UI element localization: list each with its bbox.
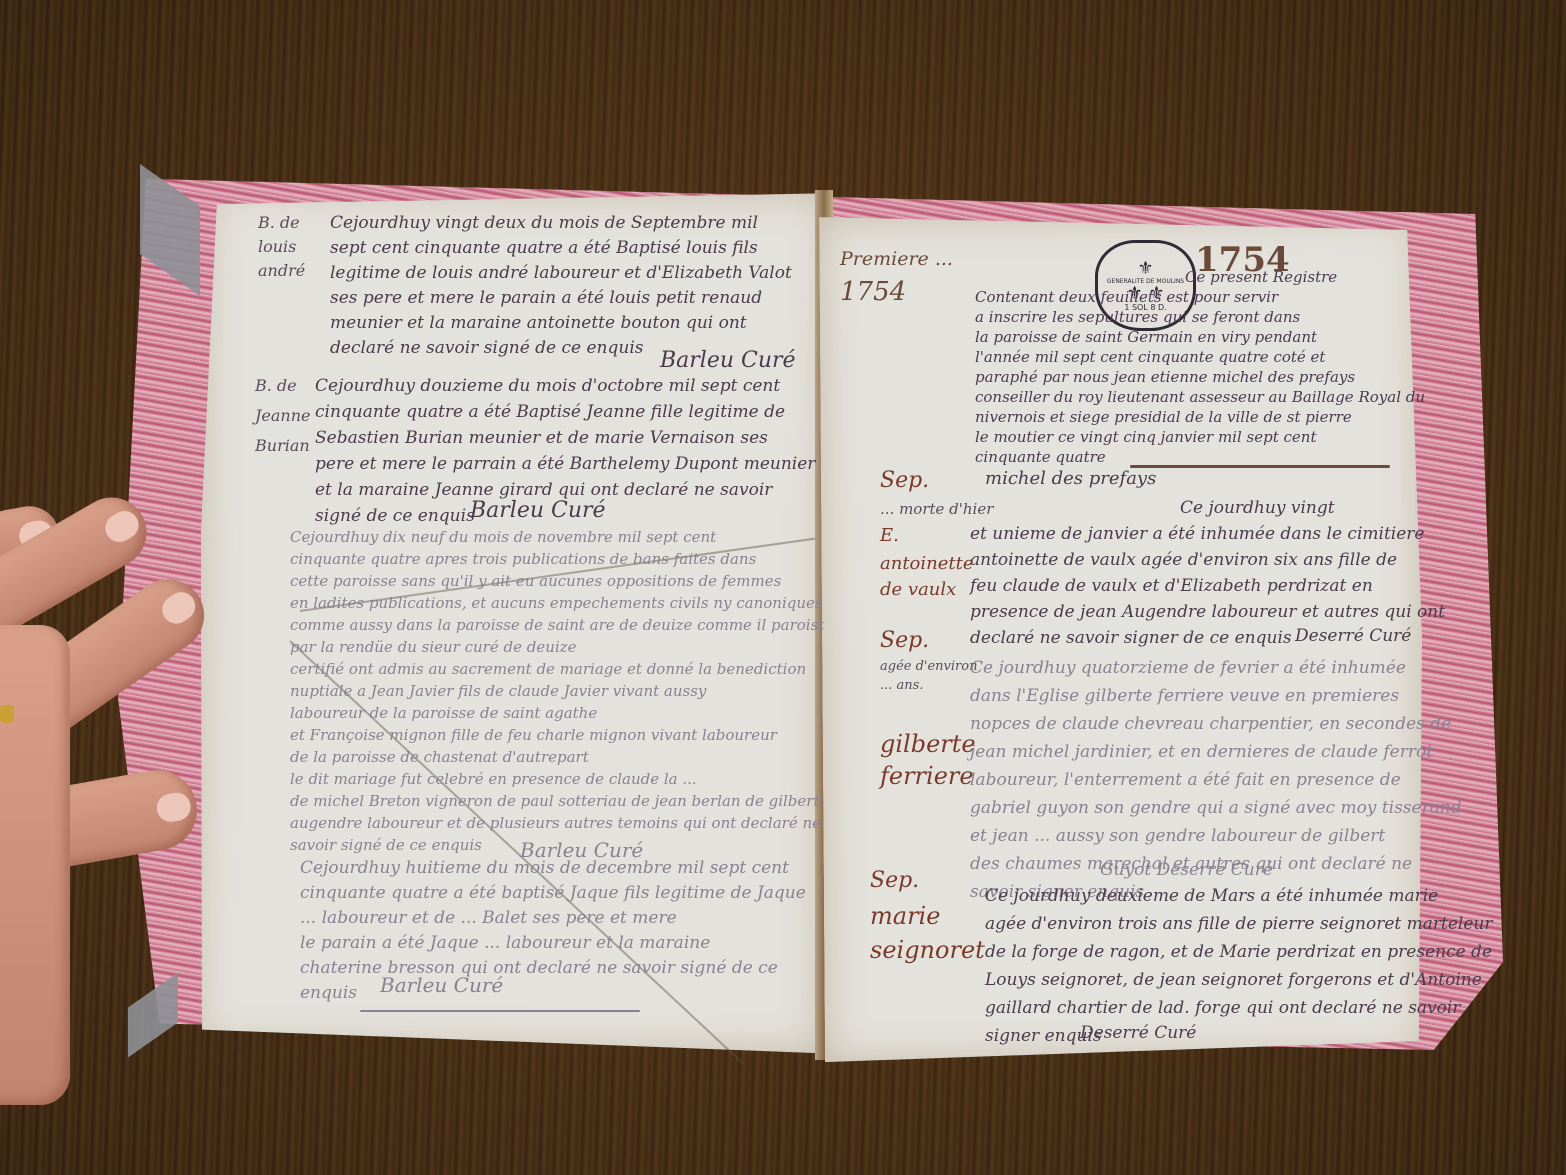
margin-line: Sep. bbox=[880, 470, 993, 492]
entry-line: Ce jourdhuy deuxieme de Mars a été inhum… bbox=[985, 888, 1493, 905]
entry-line: Cejourdhuy huitieme du mois de decembre … bbox=[300, 860, 806, 877]
entry-line: signer enquis bbox=[985, 1028, 1493, 1045]
header-line: cinquante quatre bbox=[975, 450, 1425, 465]
margin-line: gilberte bbox=[880, 732, 977, 756]
entry-line: nopces de claude chevreau charpentier, e… bbox=[970, 716, 1462, 733]
entry-line: gaillard chartier de lad. forge qui ont … bbox=[985, 1000, 1493, 1017]
header-note-premiere: Premiere ... 1754 bbox=[840, 250, 953, 305]
margin-line: ferriere bbox=[880, 764, 977, 788]
margin-line: Sep. bbox=[880, 630, 977, 652]
baptism-entry-jaque: Cejourdhuy huitieme du mois de decembre … bbox=[300, 860, 806, 1002]
entry-line: et la maraine Jeanne girard qui ont decl… bbox=[315, 482, 815, 499]
note-year: 1754 bbox=[840, 279, 953, 305]
margin-note-louis-andre: B. de louis andré bbox=[258, 215, 305, 279]
header-line: le moutier ce vingt cinq janvier mil sep… bbox=[975, 430, 1425, 445]
entry-line: comme aussy dans la paroisse de saint ar… bbox=[290, 618, 824, 633]
margin-line: marie bbox=[870, 904, 985, 928]
signature-barleu: Barleu Curé bbox=[520, 840, 643, 860]
margin-note-marie-seignoret: Sep. marie seignoret bbox=[870, 870, 985, 962]
register-header-text: Ce present Registre Contenant deux feuil… bbox=[975, 270, 1425, 465]
entry-line: Cejourdhuy dix neuf du mois de novembre … bbox=[290, 530, 824, 545]
margin-line: B. de bbox=[255, 378, 311, 394]
entry-line: feu claude de vaulx et d'Elizabeth perdr… bbox=[970, 578, 1445, 595]
burial-entry-marie-seignoret: Ce jourdhuy deuxieme de Mars a été inhum… bbox=[985, 888, 1493, 1045]
burial-entry-antoinette-de-vaulx: Ce jourdhuy vingt et unieme de janvier a… bbox=[970, 500, 1445, 647]
entry-line: Cejourdhuy douzieme du mois d'octobre mi… bbox=[315, 378, 815, 395]
marriage-entry-javier-mignon: Cejourdhuy dix neuf du mois de novembre … bbox=[290, 530, 824, 853]
entry-line: antoinette de vaulx agée d'environ six a… bbox=[970, 552, 1445, 569]
margin-line: seignoret bbox=[870, 938, 985, 962]
margin-note-gilberte: Sep. agée d'environ ... ans. gilberte fe… bbox=[880, 630, 977, 788]
fingernail bbox=[155, 791, 193, 824]
entry-line: cinquante quatre a été baptisé Jaque fil… bbox=[300, 885, 806, 902]
margin-line: agée d'environ bbox=[880, 660, 977, 673]
entry-line: Ce jourdhuy vingt bbox=[1180, 500, 1445, 517]
signature-michel-des-prefays: michel des prefays bbox=[985, 470, 1156, 488]
entry-line: dans l'Eglise gilberte ferriere veuve en… bbox=[970, 688, 1462, 705]
entry-line: gabriel guyon son gendre qui a signé ave… bbox=[970, 800, 1462, 817]
header-line: la paroisse de saint Germain en viry pen… bbox=[975, 330, 1425, 345]
signature-deserre: Deserré Curé bbox=[1080, 1025, 1196, 1042]
entry-line: de la forge de ragon, et de Marie perdri… bbox=[985, 944, 1493, 961]
entry-line: enquis bbox=[300, 985, 806, 1002]
entry-line: de michel Breton vigneron de paul sotter… bbox=[290, 794, 824, 809]
entry-line: certifié ont admis au sacrement de maria… bbox=[290, 662, 824, 677]
entry-line: et unieme de janvier a été inhumée dans … bbox=[970, 526, 1445, 543]
header-line: nivernois et siege presidial de la ville… bbox=[975, 410, 1425, 425]
note-line: Premiere ... bbox=[840, 250, 953, 269]
entry-line: sept cent cinquante quatre a été Baptisé… bbox=[330, 240, 792, 257]
header-line: Ce present Registre bbox=[1185, 270, 1425, 285]
entry-line: cinquante quatre apres trois publication… bbox=[290, 552, 824, 567]
entry-line: de la paroisse de chastenat d'autrepart bbox=[290, 750, 824, 765]
entry-line: Louys seignoret, de jean seignoret forge… bbox=[985, 972, 1493, 989]
signature-deserre: Deserré Curé bbox=[1295, 628, 1411, 645]
margin-line: ... ans. bbox=[880, 679, 977, 692]
margin-note-jeanne-burian: B. de Jeanne Burian bbox=[255, 378, 311, 454]
hand-holding-page bbox=[0, 505, 255, 1105]
entry-line: nuptiale a Jean Javier fils de claude Ja… bbox=[290, 684, 824, 699]
signature-guyot-deserre: Guyot Deserré Curé bbox=[1100, 862, 1273, 879]
entry-line: Ce jourdhuy quatorzieme de fevrier a été… bbox=[970, 660, 1462, 677]
entry-line: Cejourdhuy vingt deux du mois de Septemb… bbox=[330, 215, 792, 232]
header-underline bbox=[1130, 465, 1390, 468]
entry-line: legitime de louis andré laboureur et d'E… bbox=[330, 265, 792, 282]
header-line: conseiller du roy lieutenant assesseur a… bbox=[975, 390, 1425, 405]
entry-line: cinquante quatre a été Baptisé Jeanne fi… bbox=[315, 404, 815, 421]
fingernail bbox=[100, 506, 143, 547]
header-line: paraphé par nous jean etienne michel des… bbox=[975, 370, 1425, 385]
margin-line: B. de bbox=[258, 215, 305, 231]
entry-line: presence de jean Augendre laboureur et a… bbox=[970, 604, 1445, 621]
closing-flourish bbox=[360, 1010, 640, 1012]
entry-line: et jean ... aussy son gendre laboureur d… bbox=[970, 828, 1462, 845]
margin-line: andré bbox=[258, 263, 305, 279]
signature-barleu: Barleu Curé bbox=[470, 500, 606, 522]
baptism-entry-louis-andre: Cejourdhuy vingt deux du mois de Septemb… bbox=[330, 215, 792, 357]
entry-line: le parain a été Jaque ... laboureur et l… bbox=[300, 935, 806, 952]
entry-line: laboureur, l'enterrement a été fait en p… bbox=[970, 772, 1462, 789]
entry-line: laboureur de la paroisse de saint agathe bbox=[290, 706, 824, 721]
margin-line: Jeanne bbox=[255, 408, 311, 424]
margin-line: louis bbox=[258, 239, 305, 255]
margin-line: Sep. bbox=[870, 870, 985, 892]
header-line: a inscrire les sepultures qui se feront … bbox=[975, 310, 1425, 325]
entry-line: et Françoise mignon fille de feu charle … bbox=[290, 728, 824, 743]
palm bbox=[0, 625, 70, 1105]
entry-line: augendre laboureur et de plusieurs autre… bbox=[290, 816, 824, 831]
entry-line: Sebastien Burian meunier et de marie Ver… bbox=[315, 430, 815, 447]
signature-barleu: Barleu Curé bbox=[380, 975, 503, 995]
entry-line: le dit mariage fut celebré en presence d… bbox=[290, 772, 824, 787]
header-line: l'année mil sept cent cinquante quatre c… bbox=[975, 350, 1425, 365]
entry-line: jean michel jardinier, et en dernieres d… bbox=[970, 744, 1462, 761]
entry-line: en ladites publications, et aucuns empec… bbox=[290, 596, 824, 611]
signature-barleu: Barleu Curé bbox=[660, 350, 796, 372]
entry-line: agée d'environ trois ans fille de pierre… bbox=[985, 916, 1493, 933]
entry-line: chaterine bresson qui ont declaré ne sav… bbox=[300, 960, 806, 977]
entry-line: meunier et la maraine antoinette bouton … bbox=[330, 315, 792, 332]
margin-line: Burian bbox=[255, 438, 311, 454]
entry-line: cette paroisse sans qu'il y ait eu aucun… bbox=[290, 574, 824, 589]
entry-line: ses pere et mere le parain a été louis p… bbox=[330, 290, 792, 307]
entry-line: par la rendüe du sieur curé de deuize bbox=[290, 640, 824, 655]
entry-line: ... laboureur et de ... Balet ses pere e… bbox=[300, 910, 806, 927]
header-line: Contenant deux feuillets est pour servir bbox=[975, 290, 1425, 305]
entry-line: pere et mere le parrain a été Barthelemy… bbox=[315, 456, 815, 473]
wedding-ring bbox=[0, 705, 14, 723]
fingernail bbox=[157, 587, 201, 629]
